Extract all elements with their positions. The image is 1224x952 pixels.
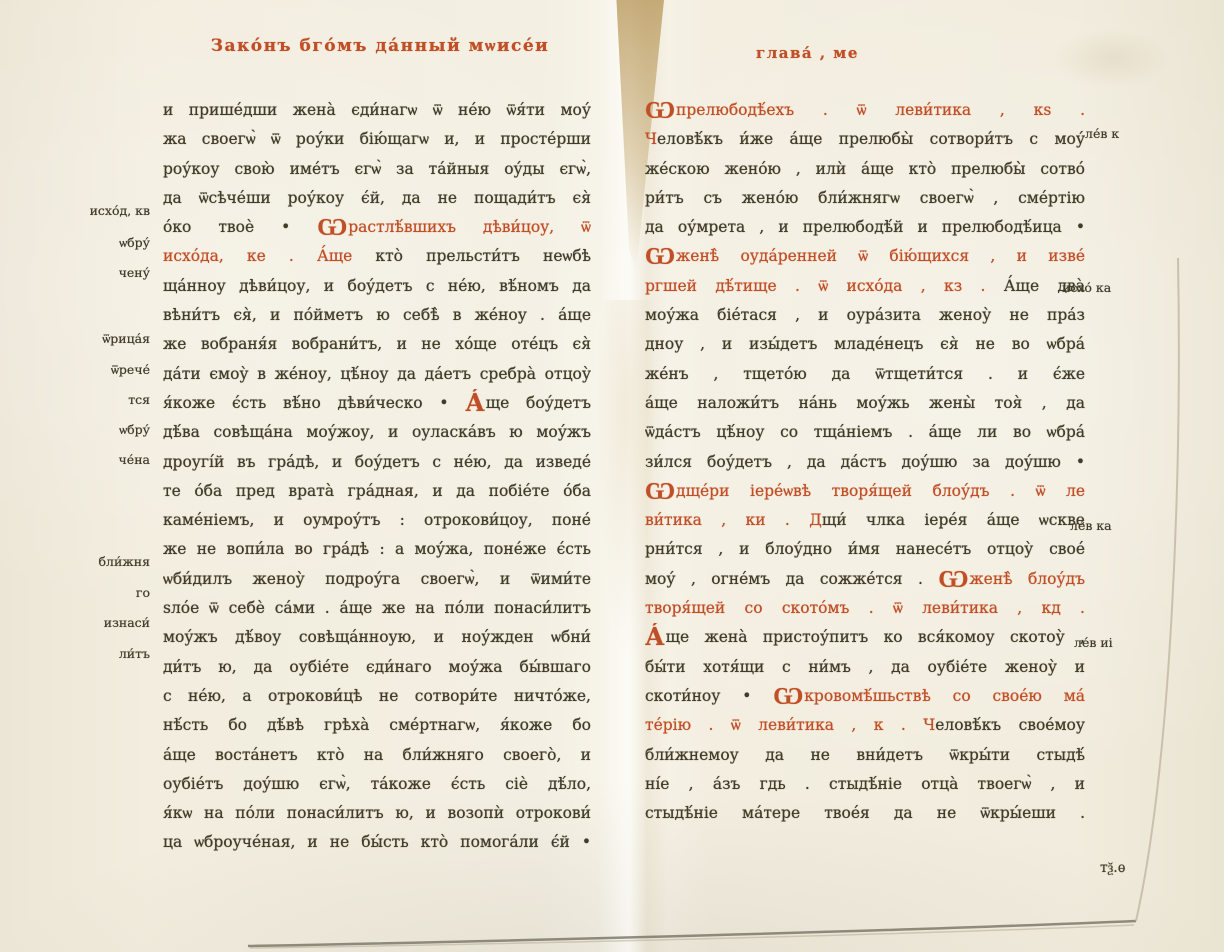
- text-line: и прише́дши жена̀ єди́нагѡ ѿ не́ю ѿя́ти …: [163, 96, 591, 125]
- rubric-text: женѣ̀ блоу́дъ: [969, 570, 1085, 588]
- body-text: те о́ба пред врата̀ гра́дная, и да побіе…: [163, 482, 591, 500]
- body-text: оубіе́тъ доу́шю єгѡ̀, та́коже є́сть сіѐ …: [163, 775, 591, 793]
- paper-stain-top-right: [1052, 28, 1172, 88]
- body-text: а́ще воста́нетъ кто̀ на бли́жняго своего…: [163, 746, 591, 764]
- right-page-header: глава́ , ме: [756, 44, 896, 62]
- body-text: с не́ю, а отрокови́цѣ не сотвори́те ничт…: [163, 687, 591, 705]
- body-text: и прише́дши жена̀ єди́нагѡ ѿ не́ю ѿя́ти …: [163, 101, 591, 119]
- text-line: а́ще воста́нетъ кто̀ на бли́жняго своего…: [163, 741, 591, 770]
- text-line: же́нъ , тщето́ю да ѿтщети́тся . и є́же: [645, 360, 1085, 389]
- text-line: же́скою жено́ю , илѝ а́ще кто̀ прелюбы̀ …: [645, 155, 1085, 184]
- body-text: стыдѣ́ніе ма́тере твое́я да не ѿкры́еши …: [645, 804, 1085, 822]
- rubric-text: ргшей дѣ́тище . ѿ исхо́да , кз .: [645, 277, 1004, 295]
- text-line: да оу́мрета , и прелюбодѣ́й и прелюбодѣ́…: [645, 213, 1085, 242]
- body-text: вѣни́тъ єя̀, и по́йметъ ю себѣ̀ в же́ноу…: [163, 306, 591, 324]
- text-line: ргшей дѣ́тище . ѿ исхо́да , кз . А́ще дв…: [645, 272, 1085, 301]
- quire-signature: тѯ.ѳ: [1100, 860, 1125, 877]
- text-line: ні́е , а́зъ гдь . стыдѣ́ніе отца̀ твоегѡ…: [645, 770, 1085, 799]
- rubric-text: Ч: [923, 716, 935, 734]
- body-text: ѕло́е ѿ себѐ са́ми . а́ще же на по́ли по…: [163, 599, 591, 617]
- text-line: а́ще наложи́тъ на́нь моу́жь жены̀ тоя̀ ,…: [645, 389, 1085, 418]
- text-line: рни́тся , и блоу́дно и́мя нанесе́тъ отцо…: [645, 535, 1085, 564]
- body-text: о́ко твоѐ •: [163, 218, 317, 236]
- body-text: моу́жа біе́тася , и оура́зита женоу̀ не …: [645, 306, 1085, 324]
- rubric-text: Д: [809, 511, 822, 529]
- body-text: ѡби́дилъ женоу̀ подроу́га своегѡ̀, и ѿим…: [163, 570, 591, 588]
- body-text: еловѣ́къ свое́моу: [935, 716, 1085, 734]
- body-text: же́скою жено́ю , илѝ а́ще кто̀ прелюбы̀ …: [645, 160, 1085, 178]
- right-text-column: Ѡпрелюбодѣ́ехъ . ѿ леви́тика , кѕ .Челов…: [645, 96, 1085, 828]
- rubric-text: те́рію . ѿ леви́тика , к .: [645, 716, 923, 734]
- text-line: ви́тика , ки . Дщи́ члка іере́я а́ще ѡск…: [645, 506, 1085, 535]
- rubric-text: Ѡ: [645, 481, 675, 500]
- body-text: дроугі́й въ гра́дѣ, и боу́детъ с не́ю, д…: [163, 453, 591, 471]
- body-text: я́коже є́сть вѣ́но дѣви́ческо •: [163, 394, 465, 412]
- margin-note: ли́тъ: [70, 648, 150, 661]
- text-line: роу́коу свою̀ име́тъ єгѡ̀ за та́йныя оу́…: [163, 155, 591, 184]
- text-line: каме́ніемъ, и оумроу́тъ : отрокови́цоу, …: [163, 506, 591, 535]
- body-text: же вобраня́я вобрани́тъ, и не хо́ще оте́…: [163, 335, 591, 353]
- body-text: ри́тъ съ жено́ю бли́жнягѡ своегѡ̀ , сме́…: [645, 189, 1085, 207]
- text-line: же вобраня́я вобрани́тъ, и не хо́ще оте́…: [163, 330, 591, 359]
- body-text: роу́коу свою̀ име́тъ єгѡ̀ за та́йныя оу́…: [163, 160, 591, 178]
- body-text: ще боу́детъ: [486, 394, 591, 412]
- text-line: я́кѡ на по́ли понаси́литъ ю, и возопѝ от…: [163, 799, 591, 828]
- rubric-text: дще́ри іере́ѡвѣ творя́щей блоу́дъ . ѿ ле: [676, 482, 1085, 500]
- rubric-text: Ѡ: [645, 100, 675, 119]
- text-line: вѣни́тъ єя̀, и по́йметъ ю себѣ̀ в же́ноу…: [163, 301, 591, 330]
- left-page-header: Зако́нъ бго́мъ да́нный мѡисе́и: [200, 36, 560, 56]
- rubric-text: А́: [465, 393, 485, 412]
- margin-note: ѡбру́: [70, 237, 150, 250]
- body-text: ди́тъ ю, да оубіе́те єди́наго моу́жа бы́…: [163, 658, 591, 676]
- margin-note: ѿрече́: [70, 364, 150, 377]
- text-line: ди́тъ ю, да оубіе́те єди́наго моу́жа бы́…: [163, 653, 591, 682]
- text-line: да ѿсѣче́ши роу́коу є́й, да не пощади́тъ…: [163, 184, 591, 213]
- text-line: ѿда́стъ цѣ́ноу со тща́ніемъ . а́ще ли во…: [645, 418, 1085, 447]
- body-text: моу́ , огне́мъ да сожже́тся .: [645, 570, 938, 588]
- text-line: моу́жъ дѣ́воу совѣща́нноую, и ноу́жден ѡ…: [163, 623, 591, 652]
- text-line: оубіе́тъ доу́шю єгѡ̀, та́коже є́сть сіѐ …: [163, 770, 591, 799]
- body-text: моу́жъ дѣ́воу совѣща́нноую, и ноу́жден ѡ…: [163, 628, 591, 646]
- text-line: исхо́да, ке . А́ще кто̀ прельсти́тъ неѡб…: [163, 242, 591, 271]
- body-text: ца ѡброуче́ная, и не бы́сть кто̀ помога́…: [163, 833, 591, 851]
- left-text-column: и прише́дши жена̀ єди́нагѡ ѿ не́ю ѿя́ти …: [163, 96, 591, 858]
- text-line: стыдѣ́ніе ма́тере твое́я да не ѿкры́еши …: [645, 799, 1085, 828]
- text-line: ри́тъ съ жено́ю бли́жнягѡ своегѡ̀ , сме́…: [645, 184, 1085, 213]
- margin-note: че́на: [70, 454, 150, 467]
- margin-note: ѿрица́я: [70, 333, 150, 346]
- text-line: ца ѡброуче́ная, и не бы́сть кто̀ помога́…: [163, 828, 591, 857]
- text-line: бы́ти хотя́щи с ни́мъ , да оубіе́те жено…: [645, 653, 1085, 682]
- rubric-text: Ѡ: [938, 569, 968, 588]
- text-line: с не́ю, а отрокови́цѣ не сотвори́те ничт…: [163, 682, 591, 711]
- rubric-text: ви́тика , ки .: [645, 511, 809, 529]
- text-line: творя́щей со ското́мъ . ѿ леви́тика , кд…: [645, 594, 1085, 623]
- body-text: ща́нноу дѣви́цоу, и боу́детъ с не́ю, вѣ́…: [163, 277, 591, 295]
- text-line: дроугі́й въ гра́дѣ, и боу́детъ с не́ю, д…: [163, 448, 591, 477]
- body-text: нѣ́сть бо дѣ́вѣ грѣха̀ сме́ртнагѡ, я́кож…: [163, 716, 591, 734]
- body-text: скоти́ноу •: [645, 687, 773, 705]
- margin-note: ле́в к: [1085, 128, 1119, 141]
- body-text: ѿда́стъ цѣ́ноу со тща́ніемъ . а́ще ли во…: [645, 423, 1085, 441]
- body-text: рни́тся , и блоу́дно и́мя нанесе́тъ отцо…: [645, 540, 1085, 558]
- text-line: я́коже є́сть вѣ́но дѣви́ческо • А́ще боу…: [163, 389, 591, 418]
- rubric-text: А́: [645, 627, 665, 646]
- body-text: бли́жнемоу да не вни́детъ ѿкры́ти стыдѣ́: [645, 746, 1085, 764]
- margin-note: чену́: [70, 267, 150, 280]
- margin-note: ѡбру́: [70, 424, 150, 437]
- text-line: Ѡженѣ̀ оуда́ренней ѿ бію́щихся , и изве́: [645, 242, 1085, 271]
- body-text: да оу́мрета , и прелюбодѣ́й и прелюбодѣ́…: [645, 218, 1085, 236]
- body-text: бы́ти хотя́щи с ни́мъ , да оубіе́те жено…: [645, 658, 1085, 676]
- body-text: же не вопи́ла во гра́дѣ : а моу́жа, поне…: [163, 540, 591, 558]
- text-line: ща́нноу дѣви́цоу, и боу́детъ с не́ю, вѣ́…: [163, 272, 591, 301]
- text-line: дноу , и изы́детъ младе́нецъ єя̀ не во ѡ…: [645, 330, 1085, 359]
- rubric-text: женѣ̀ оуда́ренней ѿ бію́щихся , и изве́: [676, 247, 1085, 265]
- rubric-text: растлѣ́вшихъ дѣви́цоу, ѿ: [348, 218, 591, 236]
- text-line: Человѣ́къ и́же а́ще прелюбы̀ сотвори́тъ …: [645, 125, 1085, 154]
- text-line: ѡби́дилъ женоу̀ подроу́га своегѡ̀, и ѿим…: [163, 565, 591, 594]
- text-line: Ѡдще́ри іере́ѡвѣ творя́щей блоу́дъ . ѿ л…: [645, 477, 1085, 506]
- text-line: же не вопи́ла во гра́дѣ : а моу́жа, поне…: [163, 535, 591, 564]
- margin-note: го: [70, 587, 150, 600]
- rubric-text: Ѡ: [317, 217, 347, 236]
- text-line: моу́ , огне́мъ да сожже́тся . Ѡженѣ̀ бло…: [645, 565, 1085, 594]
- text-line: нѣ́сть бо дѣ́вѣ грѣха̀ сме́ртнагѡ, я́кож…: [163, 711, 591, 740]
- body-text: ні́е , а́зъ гдь . стыдѣ́ніе отца̀ твоегѡ…: [645, 775, 1085, 793]
- body-text: же́нъ , тщето́ю да ѿтщети́тся . и є́же: [645, 365, 1085, 383]
- body-text: ще жена̀ пристоу́питъ ко вся́комоу ското…: [666, 628, 1085, 646]
- body-text: щи́ члка іере́я а́ще ѡскве: [822, 511, 1085, 529]
- margin-note: исхо́д, кв: [70, 205, 150, 218]
- margin-note: тся: [70, 394, 150, 407]
- text-line: А́ще жена̀ пристоу́питъ ко вся́комоу ско…: [645, 623, 1085, 652]
- text-line: те́рію . ѿ леви́тика , к . Человѣ́къ сво…: [645, 711, 1085, 740]
- margin-note: бли́жня: [70, 556, 150, 569]
- rubric-text: прелюбодѣ́ехъ . ѿ леви́тика , кѕ .: [676, 101, 1085, 119]
- text-line: ѕло́е ѿ себѐ са́ми . а́ще же на по́ли по…: [163, 594, 591, 623]
- rubric-text: Ѡ: [645, 246, 675, 265]
- text-line: да́ти ємоу̀ в же́ноу, цѣ́ноу да да́етъ с…: [163, 360, 591, 389]
- text-line: жа своегѡ̀ ѿ роу́ки бію́щагѡ и, и просте…: [163, 125, 591, 154]
- body-text: А́ще два̀: [1004, 277, 1085, 295]
- text-line: моу́жа біе́тася , и оура́зита женоу̀ не …: [645, 301, 1085, 330]
- text-line: Ѡпрелюбодѣ́ехъ . ѿ леви́тика , кѕ .: [645, 96, 1085, 125]
- body-text: каме́ніемъ, и оумроу́тъ : отрокови́цоу, …: [163, 511, 591, 529]
- text-line: скоти́ноу • Ѡкровомѣ́шьствѣ со свое́ю ма…: [645, 682, 1085, 711]
- body-text: а́ще наложи́тъ на́нь моу́жь жены̀ тоя̀ ,…: [645, 394, 1085, 412]
- body-text: зи́лся боу́детъ , да да́стъ доу́шю за до…: [645, 453, 1085, 471]
- body-text: дноу , и изы́детъ младе́нецъ єя̀ не во ѡ…: [645, 335, 1085, 353]
- text-line: о́ко твоѐ • Ѡрастлѣ́вшихъ дѣви́цоу, ѿ: [163, 213, 591, 242]
- body-text: жа своегѡ̀ ѿ роу́ки бію́щагѡ и, и просте…: [163, 130, 591, 148]
- text-line: те о́ба пред врата̀ гра́дная, и да побіе…: [163, 477, 591, 506]
- rubric-text: Ч: [645, 130, 657, 148]
- rubric-text: Ѡ: [773, 686, 803, 705]
- body-text: кто̀ прельсти́тъ неѡбѣ: [352, 247, 591, 265]
- text-line: бли́жнемоу да не вни́детъ ѿкры́ти стыдѣ́: [645, 741, 1085, 770]
- rubric-text: творя́щей со ското́мъ . ѿ леви́тика , кд…: [645, 599, 1085, 617]
- body-text: дѣ́ва совѣща́на моу́жоу, и оуласка́въ ю …: [163, 423, 591, 441]
- body-text: я́кѡ на по́ли понаси́литъ ю, и возопѝ от…: [163, 804, 591, 822]
- body-text: да ѿсѣче́ши роу́коу є́й, да не пощади́тъ…: [163, 189, 591, 207]
- rubric-text: исхо́да, ке . А́ще: [163, 247, 352, 265]
- body-text: да́ти ємоу̀ в же́ноу, цѣ́ноу да да́етъ с…: [163, 365, 591, 383]
- rubric-text: кровомѣ́шьствѣ со свое́ю ма́: [804, 687, 1085, 705]
- text-line: зи́лся боу́детъ , да да́стъ доу́шю за до…: [645, 448, 1085, 477]
- margin-note: изнаси́: [70, 617, 150, 630]
- body-text: еловѣ́къ и́же а́ще прелюбы̀ сотвори́тъ с…: [657, 130, 1085, 148]
- text-line: дѣ́ва совѣща́на моу́жоу, и оуласка́въ ю …: [163, 418, 591, 447]
